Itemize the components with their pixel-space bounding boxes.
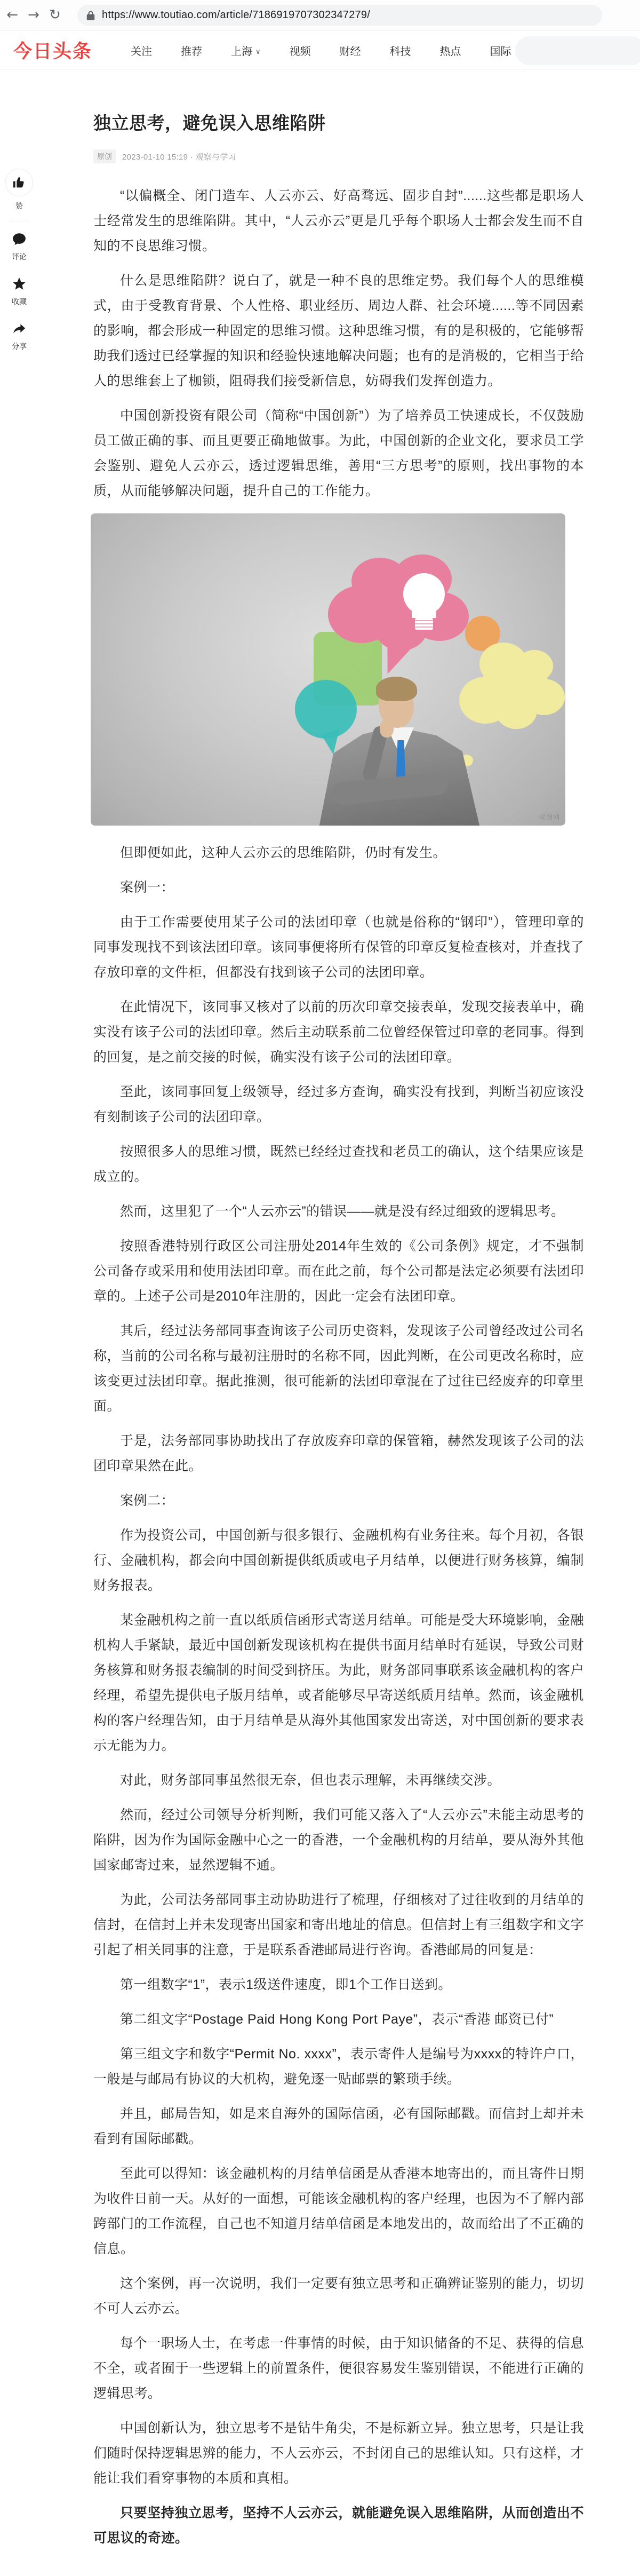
article-paragraph: 中国创新投资有限公司（简称“中国创新”）为了培养员工快速成长，不仅鼓励员工做正确… bbox=[93, 403, 584, 504]
article-paragraph: 然而，这里犯了一个“人云亦云”的错误——就是没有经过细致的逻辑思考。 bbox=[93, 1199, 584, 1224]
original-badge: 原创 bbox=[93, 149, 116, 163]
article-paragraph: 什么是思维陷阱？说白了，就是一种不良的思维定势。我们每个人的思维模式，由于受教育… bbox=[93, 268, 584, 394]
article-paragraph: 中国创新认为，独立思考不是钻牛角尖，不是标新立异。独立思考，只是让我们随时保持逻… bbox=[93, 2416, 584, 2491]
lightbulb-neck bbox=[412, 611, 436, 618]
article-paragraph: 按照香港特别行政区公司注册处2014年生效的《公司条例》规定，才不强制公司备存或… bbox=[93, 1234, 584, 1309]
article-paragraph: 然而，经过公司领导分析判断，我们可能又落入了“人云亦云”未能主动思考的陷阱，因为… bbox=[93, 1803, 584, 1878]
article-paragraph: 这个案例，再一次说明，我们一定要有独立思考和正确辨证鉴别的能力，切切不可人云亦云… bbox=[93, 2271, 584, 2321]
main-nav: 关注推荐上海∨视频财经科技热点国际更多 bbox=[122, 38, 570, 62]
share-icon[interactable] bbox=[11, 321, 27, 337]
article-paragraph: 但即便如此，这种人云亦云的思维陷阱，仍时有发生。 bbox=[93, 841, 584, 866]
page-title: 独立思考，避免误入思维陷阱 bbox=[93, 112, 584, 135]
publish-meta: 2023-01-10 15:19 · 观察与学习 bbox=[122, 151, 236, 162]
search-box[interactable] bbox=[515, 36, 640, 65]
action-label: 赞 bbox=[15, 201, 23, 211]
article-paragraph: 由于工作需要使用某子公司的法团印章（也就是俗称的“钢印”），管理印章的同事发现找… bbox=[93, 910, 584, 985]
article-paragraph: 第三组文字和数字“Permit No. xxxx”，表示寄件人是编号为xxxx的… bbox=[93, 2042, 584, 2092]
action-label: 收藏 bbox=[12, 296, 27, 307]
paragraph-group: 但即便如此，这种人云亦云的思维陷阱，仍时有发生。案例一：由于工作需要使用某子公司… bbox=[93, 841, 584, 2551]
nav-item[interactable]: 财经 bbox=[331, 38, 370, 62]
speech-bubble-teal bbox=[295, 680, 357, 739]
article-paragraph: 第二组文字“Postage Paid Hong Kong Port Paye”，… bbox=[93, 2007, 584, 2032]
toutiao-logo[interactable]: 今日头条 bbox=[13, 37, 92, 64]
article-paragraph: 每个一职场人士，在考虑一件事情的时候，由于知识储备的不足、获得的信息不全，或者囿… bbox=[93, 2331, 584, 2406]
browser-toolbar: ← → ↻ https://www.toutiao.com/article/71… bbox=[0, 0, 640, 30]
forward-icon[interactable]: → bbox=[25, 6, 43, 24]
thought-bubble-yellow bbox=[483, 653, 548, 713]
article-paragraph: 为此，公司法务部同事主动协助进行了梳理，仔细核对了过往收到的月结单的信封，在信封… bbox=[93, 1888, 584, 1963]
reload-icon[interactable]: ↻ bbox=[46, 6, 64, 24]
comment-icon[interactable] bbox=[11, 231, 27, 247]
thought-circle-orange bbox=[465, 616, 500, 651]
lightbulb-icon bbox=[403, 573, 445, 615]
image-watermark: 昵图网 bbox=[539, 812, 560, 821]
article-paragraph: 于是，法务部同事协助找出了存放废弃印章的保管箱，赫然发现该子公司的法团印章果然在… bbox=[93, 1429, 584, 1479]
chevron-down-icon: ∨ bbox=[255, 47, 261, 56]
url-text: https://www.toutiao.com/article/71869197… bbox=[102, 9, 370, 21]
thinking-man-hand bbox=[380, 719, 394, 738]
action-label: 评论 bbox=[12, 251, 27, 262]
thinking-man-hair bbox=[376, 677, 417, 701]
nav-item[interactable]: 关注 bbox=[122, 38, 161, 62]
star-icon[interactable] bbox=[11, 276, 27, 292]
action-comment-button[interactable]: 评论 bbox=[11, 231, 27, 262]
thumbs-up-icon[interactable] bbox=[5, 169, 33, 196]
nav-item[interactable]: 上海∨ bbox=[222, 38, 269, 62]
action-share-button[interactable]: 分享 bbox=[11, 321, 27, 352]
paragraph-group: “以偏概全、闭门造车、人云亦云、好高骛远、固步自封”......这些都是职场人士… bbox=[93, 184, 584, 504]
nav-item[interactable]: 国际 bbox=[482, 38, 520, 62]
article-paragraph: 在此情况下，该同事又核对了以前的历次印章交接表单，发现交接表单中，确实没有该子公… bbox=[93, 995, 584, 1070]
action-like-button[interactable]: 赞 bbox=[5, 169, 33, 211]
article-paragraph: 至此，该同事回复上级领导，经过多方查询，确实没有找到，判断当初应该没有刻制该子公… bbox=[93, 1080, 584, 1130]
article-paragraph: 作为投资公司，中国创新与很多银行、金融机构有业务往来。每个月初，各银行、金融机构… bbox=[93, 1523, 584, 1598]
article-paragraph: 其后，经过法务部同事查询该子公司历史资料，发现该子公司曾经改过公司名称，当前的公… bbox=[93, 1319, 584, 1419]
article-paragraph: 案例二： bbox=[93, 1488, 584, 1513]
nav-item[interactable]: 科技 bbox=[381, 38, 420, 62]
article-paragraph: 只要坚持独立思考，坚持不人云亦云，就能避免误入思维陷阱，从而创造出不可思议的奇迹… bbox=[93, 2501, 584, 2551]
action-rail: 赞评论收藏分享 bbox=[4, 169, 34, 352]
article-paragraph: 并且，邮局告知，如是来自海外的国际信函，必有国际邮戳。而信封上却并未看到有国际邮… bbox=[93, 2102, 584, 2152]
nav-item[interactable]: 热点 bbox=[431, 38, 470, 62]
site-header: 今日头条 关注推荐上海∨视频财经科技热点国际更多 bbox=[0, 31, 640, 70]
article: 独立思考，避免误入思维陷阱 原创 2023-01-10 15:19 · 观察与学… bbox=[93, 70, 584, 2561]
article-paragraph: 某金融机构之前一直以纸质信函形式寄送月结单。可能是受大环境影响，金融机构人手紧缺… bbox=[93, 1608, 584, 1758]
nav-item[interactable]: 视频 bbox=[281, 38, 319, 62]
action-favorite-button[interactable]: 收藏 bbox=[11, 276, 27, 307]
lightbulb-base bbox=[415, 618, 433, 630]
nav-item[interactable]: 推荐 bbox=[172, 38, 211, 62]
divider bbox=[10, 221, 29, 221]
article-paragraph: “以偏概全、闭门造车、人云亦云、好高骛远、固步自封”......这些都是职场人士… bbox=[93, 184, 584, 259]
article-paragraph: 至此可以得知：该金融机构的月结单信函是从香港本地寄出的，而且寄件日期为收件日前一… bbox=[93, 2161, 584, 2262]
lock-icon[interactable] bbox=[86, 10, 95, 21]
back-icon[interactable]: ← bbox=[3, 6, 21, 24]
article-body: “以偏概全、闭门造车、人云亦云、好高骛远、固步自封”......这些都是职场人士… bbox=[93, 184, 584, 2551]
action-label: 分享 bbox=[12, 341, 27, 352]
article-meta: 原创 2023-01-10 15:19 · 观察与学习 bbox=[93, 149, 584, 163]
article-paragraph: 案例一： bbox=[93, 875, 584, 900]
article-image[interactable]: 昵图网 bbox=[91, 513, 565, 826]
url-bar[interactable]: https://www.toutiao.com/article/71869197… bbox=[77, 5, 602, 26]
article-paragraph: 按照很多人的思维习惯，既然已经经过查找和老员工的确认，这个结果应该是成立的。 bbox=[93, 1139, 584, 1190]
article-paragraph: 第一组数字“1”，表示1级送件速度，即1个工作日送到。 bbox=[93, 1972, 584, 1998]
article-paragraph: 对此，财务部同事虽然很无奈，但也表示理解，未再继续交涉。 bbox=[93, 1768, 584, 1793]
thought-bubble-pink-tail bbox=[379, 640, 413, 678]
